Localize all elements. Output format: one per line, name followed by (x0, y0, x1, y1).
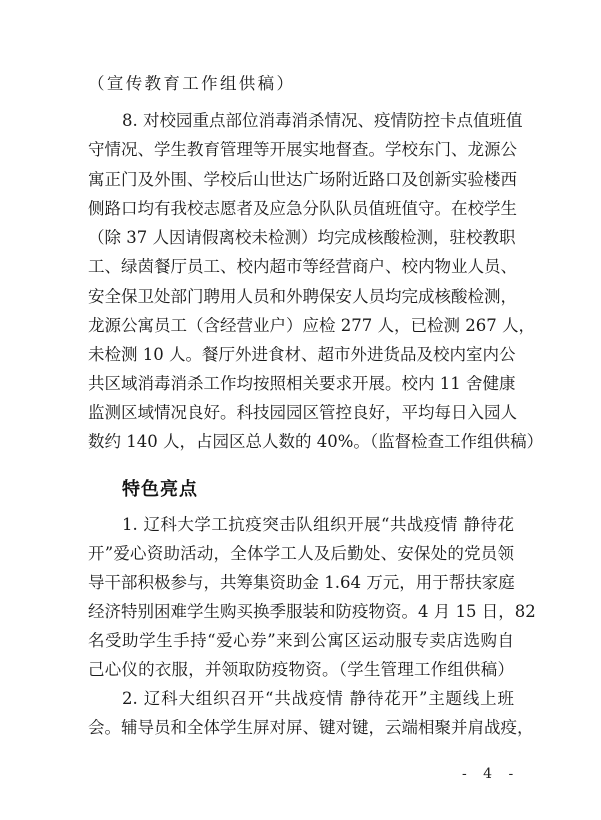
paragraph-1-line: 开”爱心资助活动，全体学工人及后勤处、安保处的党员领 (88, 543, 514, 565)
paragraph-8-line: 未检测 10 人。餐厅外进食材、超市外进货品及校内室内公 (88, 344, 514, 366)
paragraph-8-line: 安全保卫处部门聘用人员和外聘保安人员均完成核酸检测， (88, 286, 514, 308)
paragraph-1-line: 经济特别困难学生购买换季服装和防疫物资。4 月 15 日，82 (88, 601, 514, 623)
paragraph-8-line: 8. 对校园重点部位消毒消杀情况、疫情防控卡点值班值 (122, 110, 514, 132)
paragraph-8-line: （除 37 人因请假离校未检测）均完成核酸检测，驻校教职 (88, 227, 514, 249)
document-page: （宣传教育工作组供稿） 8. 对校园重点部位消毒消杀情况、疫情防控卡点值班值 守… (0, 0, 601, 820)
paragraph-2-line: 2. 辽科大组织召开“共战疫情 静待花开”主题线上班 (122, 688, 514, 710)
paragraph-1-line: 名受助学生手持“爱心券”来到公寓区运动服专卖店选购自 (88, 630, 514, 652)
section-heading-highlights: 特色亮点 (122, 479, 198, 501)
paragraph-1-line: 己心仪的衣服，并领取防疫物资。（学生管理工作组供稿） (88, 659, 514, 681)
page-number: - 4 - (462, 766, 519, 782)
paragraph-8-line: 守情况、学生教育管理等开展实地督查。学校东门、龙源公 (88, 139, 514, 161)
paragraph-8-line: 工、绿茵餐厅员工、校内超市等经营商户、校内物业人员、 (88, 256, 514, 278)
paragraph-8-line: 数约 140 人，占园区总人数的 40%。（监督检查工作组供稿） (88, 431, 514, 453)
paragraph-8-line: 共区域消毒消杀工作均按照相关要求开展。校内 11 舍健康 (88, 373, 514, 395)
paragraph-2-line: 会。辅导员和全体学生屏对屏、键对键，云端相聚并肩战疫， (88, 717, 514, 739)
paragraph-8-line: 寓正门及外围、学校后山世达广场附近路口及创新实验楼西 (88, 169, 514, 191)
paragraph-1-line: 导干部积极参与，共筹集资助金 1.64 万元，用于帮扶家庭 (88, 572, 514, 594)
source-note-publicity: （宣传教育工作组供稿） (88, 73, 293, 95)
paragraph-1-line: 1. 辽科大学工抗疫突击队组织开展“共战疫情 静待花 (122, 514, 514, 536)
paragraph-8-line: 监测区域情况良好。科技园园区管控良好，平均每日入园人 (88, 402, 514, 424)
paragraph-8-line: 侧路口均有我校志愿者及应急分队队员值班值守。在校学生 (88, 198, 514, 220)
paragraph-8-line: 龙源公寓员工（含经营业户）应检 277 人，已检测 267 人， (88, 315, 514, 337)
